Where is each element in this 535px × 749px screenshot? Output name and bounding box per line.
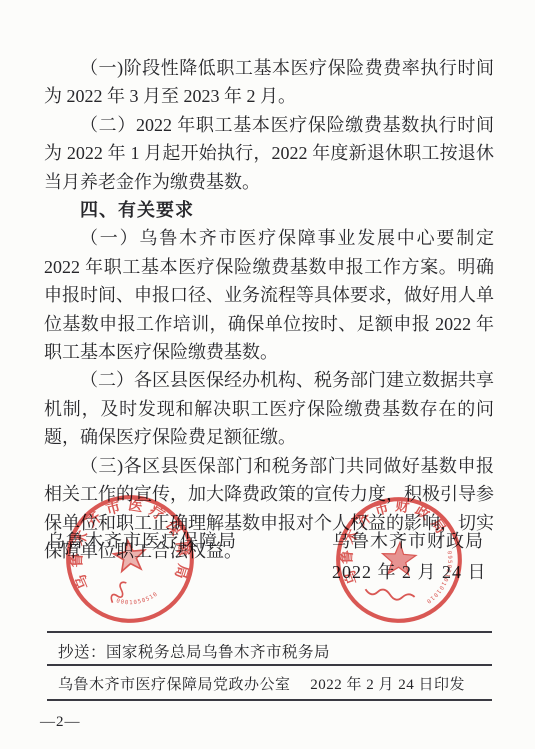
print-date: 2022 年 2 月 24 日印发 (310, 673, 465, 694)
paragraph-base-timing: （二）2022 年职工基本医疗保险缴费基数执行时间为 2022 年 1 月起开始… (44, 111, 494, 196)
seal-serial-number: 0001050510 (115, 591, 161, 608)
uyghur-script-arc (365, 589, 415, 601)
svg-text:乌鲁木齐市财政局: 乌鲁木齐市财政局 (337, 494, 454, 592)
document-page: （一)阶段性降低职工基本医疗保险费费率执行时间为 2022 年 3 月至 202… (0, 0, 535, 749)
document-body: （一)阶段性降低职工基本医疗保险费费率执行时间为 2022 年 3 月至 202… (44, 54, 494, 565)
issuing-office: 乌鲁木齐市医疗保障局党政办公室 (58, 673, 291, 694)
seal-star-icon (382, 542, 417, 575)
footer-divider-middle (47, 664, 492, 666)
paragraph-requirement-2: （二）各区县医保经办机构、税务部门建立数据共享机制，及时发现和解决职工医疗保险缴… (44, 366, 494, 451)
page-number: —2— (40, 714, 81, 731)
paragraph-requirement-1: （一）乌鲁木齐市医疗保障事业发展中心要制定 2022 年职工基本医疗保险缴费基数… (44, 224, 494, 366)
footer-divider-bottom (47, 699, 492, 701)
copy-to-line: 抄送：国家税务总局乌鲁木齐市税务局 (58, 640, 330, 662)
svg-text:0001050510: 0001050510 (115, 591, 161, 608)
seal-arc-text: 乌鲁木齐市财政局 (337, 494, 454, 592)
seal-star-icon (112, 539, 147, 572)
paragraph-phase-rate: （一)阶段性降低职工基本医疗保险费费率执行时间为 2022 年 3 月至 202… (44, 54, 494, 111)
section-heading-requirements: 四、有关要求 (44, 196, 494, 224)
official-seal-finance-bureau-icon: 乌鲁木齐市财政局 0950210101010 (328, 487, 469, 634)
official-seal-medical-bureau-icon: 乌鲁木齐市医疗保障局 0001050510 (54, 482, 206, 636)
footer-divider-top (47, 631, 492, 633)
